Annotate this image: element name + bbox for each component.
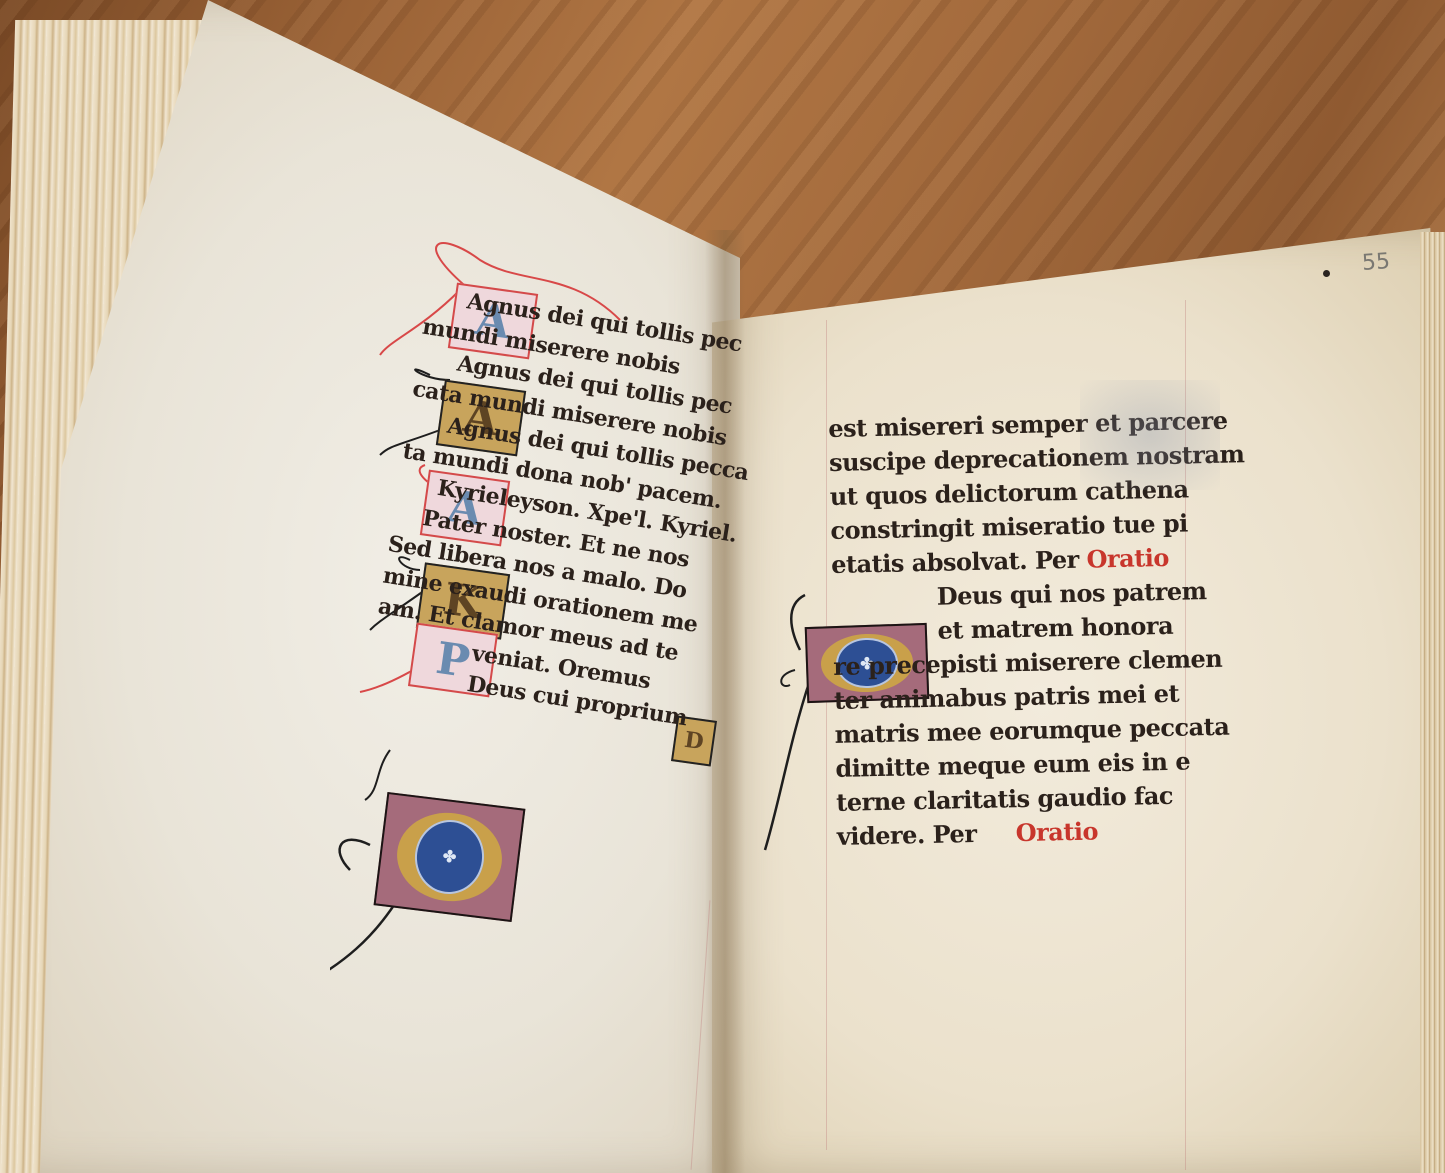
ruling-line	[826, 320, 827, 1150]
large-illuminated-initial-d: ✤	[374, 792, 526, 922]
ink-stain	[1080, 380, 1220, 490]
initial-letter: D	[683, 727, 706, 755]
blue-disc-ornament-icon: ✤	[411, 816, 489, 898]
rubric-oratio: Oratio	[1015, 816, 1098, 847]
rubric-oratio: Oratio	[1086, 543, 1169, 574]
right-page-edges	[1420, 232, 1445, 1173]
text-line-body: videre. Per	[837, 819, 977, 851]
ink-dot	[1323, 270, 1330, 277]
gold-leaf-ring: ✤	[392, 807, 507, 907]
text-line-body: etatis absolvat. Per	[831, 545, 1079, 579]
left-page-text: Agnus dei qui tollis pec mundi miserere …	[366, 280, 726, 731]
folio-number: 55	[1361, 249, 1391, 276]
